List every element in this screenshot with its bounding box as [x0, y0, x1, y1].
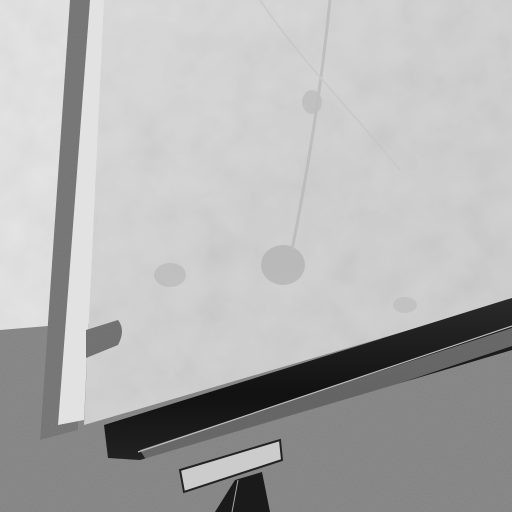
- photo-illustration: [0, 0, 512, 512]
- photo-scene: [0, 0, 512, 512]
